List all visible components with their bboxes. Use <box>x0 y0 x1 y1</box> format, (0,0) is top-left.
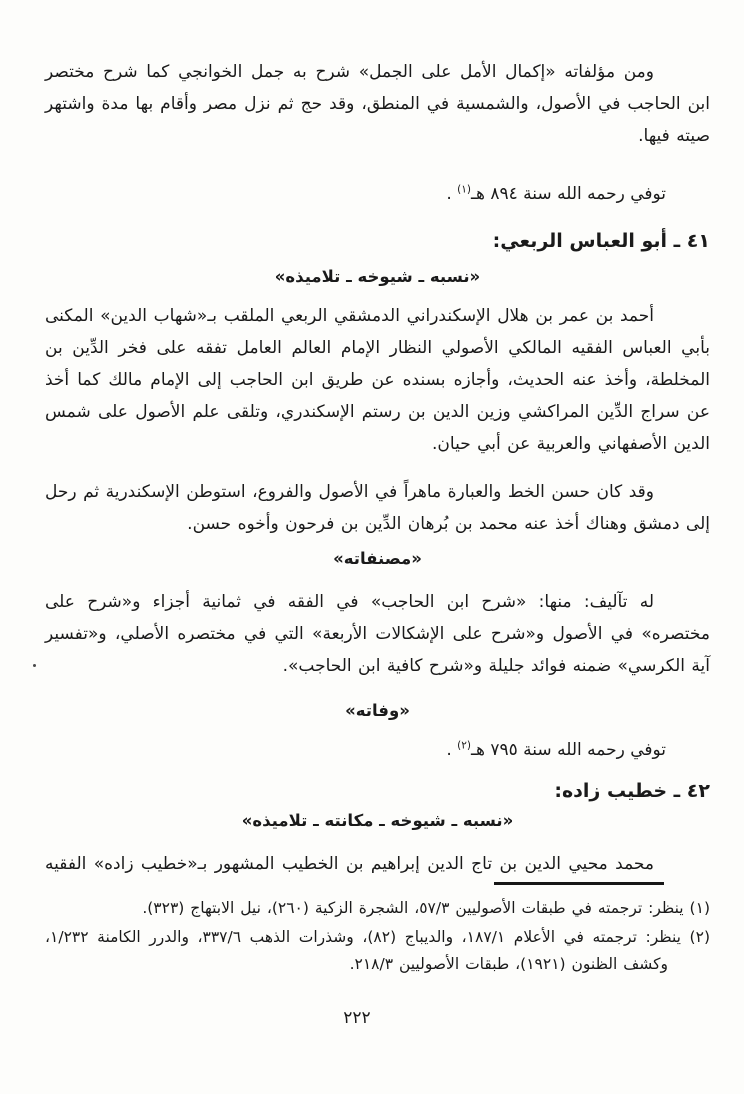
footnote-separator-rule <box>494 882 664 885</box>
death-line-894-text: توفي رحمه الله سنة ٨٩٤ هـ <box>471 184 666 204</box>
entry-41-works-list: له تآليف: منها: «شرح ابن الحاجب» في الفق… <box>45 586 710 682</box>
footnotes-section: (١) ينظر: ترجمته في طبقات الأصوليين ٥٧/٣… <box>45 882 710 978</box>
footnote-ref-1-marker: (١) <box>457 183 471 195</box>
entry-42-heading: ٤٢ ـ خطيب زاده: <box>45 776 710 806</box>
footnote-ref-2-marker: (٢) <box>457 739 471 751</box>
scanned-book-page: ومن مؤلفاته «إكمال الأمل على الجمل» شرح … <box>0 0 744 1094</box>
main-text-block: ومن مؤلفاته «إكمال الأمل على الجمل» شرح … <box>45 0 710 978</box>
footnote-1: (١) ينظر: ترجمته في طبقات الأصوليين ٥٧/٣… <box>45 895 710 922</box>
entry-41-heading: ٤١ ـ أبو العباس الربعي: <box>45 226 710 256</box>
entry-41-death-heading: «وفاته» <box>45 698 710 724</box>
entry-41-subheading: «نسبه ـ شيوخه ـ تلاميذه» <box>45 264 710 290</box>
entry-41-biography: أحمد بن عمر بن هلال الإسكندراني الدمشقي … <box>45 300 710 460</box>
entry-41-works-heading: «مصنفاته» <box>45 546 710 572</box>
footnote-2: (٢) ينظر: ترجمته في الأعلام ١٨٧/١، والدي… <box>45 924 710 978</box>
entry-42-subheading: «نسبه ـ شيوخه ـ مكانته ـ تلاميذه» <box>45 808 710 834</box>
paragraph-works-intro: ومن مؤلفاته «إكمال الأمل على الجمل» شرح … <box>45 56 710 152</box>
entry-42-biography: محمد محيي الدين بن تاج الدين إبراهيم بن … <box>45 848 710 880</box>
death-line-795-period: . <box>446 740 457 760</box>
death-line-795: توفي رحمه الله سنة ٧٩٥ هـ(٢) . <box>45 734 710 766</box>
entry-41-biography-2: وقد كان حسن الخط والعبارة ماهراً في الأص… <box>45 476 710 540</box>
death-line-795-text: توفي رحمه الله سنة ٧٩٥ هـ <box>471 740 666 760</box>
death-line-894: توفي رحمه الله سنة ٨٩٤ هـ(١) . <box>45 178 710 210</box>
page-number: ٢٢٢ <box>0 1008 714 1028</box>
scan-speck-dot <box>33 664 36 667</box>
death-line-894-period: . <box>446 184 457 204</box>
